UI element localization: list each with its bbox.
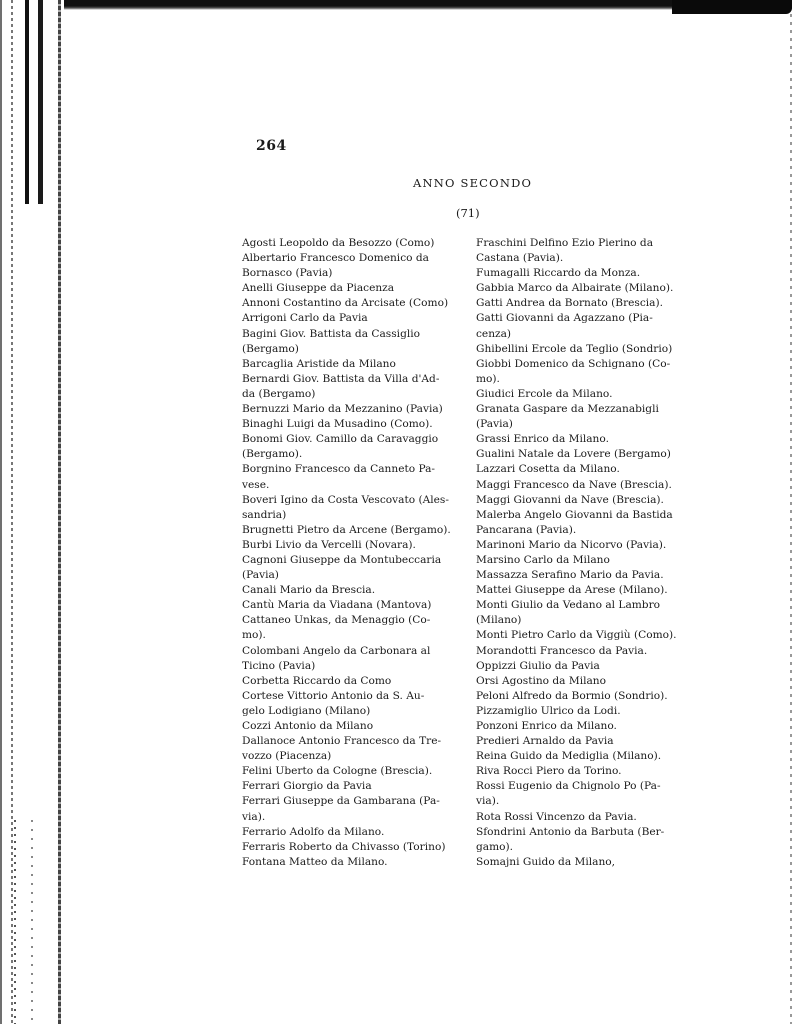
list-entry: Lazzari Cosetta da Milano. bbox=[476, 462, 702, 477]
entry-continuation-line: vozzo (Piacenza) bbox=[266, 749, 468, 764]
entry-name-line: Fumagalli Riccardo da Monza. bbox=[500, 266, 702, 281]
entry-continuation-line: (Pavia) bbox=[500, 417, 702, 432]
entry-name-line: Predieri Arnaldo da Pavia bbox=[500, 734, 702, 749]
list-entry: Morandotti Francesco da Pavia. bbox=[476, 644, 702, 659]
entry-continuation-line: sandria) bbox=[266, 508, 468, 523]
entry-continuation-line: gelo Lodigiano (Milano) bbox=[266, 704, 468, 719]
list-entry: Cortese Vittorio Antonio da S. Au-gelo L… bbox=[242, 689, 468, 719]
entry-name-line: Granata Gaspare da Mezzanabigli bbox=[500, 402, 702, 417]
name-list-right-column: Fraschini Delfino Ezio Pierino daCastana… bbox=[476, 236, 702, 870]
list-entry: Peloni Alfredo da Bormio (Sondrio). bbox=[476, 689, 702, 704]
list-entry: Burbi Livio da Vercelli (Novara). bbox=[242, 538, 468, 553]
entry-name-line: Marsino Carlo da Milano bbox=[500, 553, 702, 568]
entry-name-line: Rossi Eugenio da Chignolo Po (Pa- bbox=[500, 779, 702, 794]
entry-name-line: Cozzi Antonio da Milano bbox=[266, 719, 468, 734]
list-entry: Canali Mario da Brescia. bbox=[242, 583, 468, 598]
spine-line bbox=[11, 0, 13, 1024]
list-entry: Gualini Natale da Lovere (Bergamo) bbox=[476, 447, 702, 462]
entry-name-line: Orsi Agostino da Milano bbox=[500, 674, 702, 689]
entry-name-line: Cagnoni Giuseppe da Montubeccaria bbox=[266, 553, 468, 568]
entry-name-line: Barcaglia Aristide da Milano bbox=[266, 357, 468, 372]
list-entry: Agosti Leopoldo da Besozzo (Como) bbox=[242, 236, 468, 251]
entry-continuation-line: Bornasco (Pavia) bbox=[266, 266, 468, 281]
list-entry: Mattei Giuseppe da Arese (Milano). bbox=[476, 583, 702, 598]
entry-name-line: Reina Guido da Mediglia (Milano). bbox=[500, 749, 702, 764]
entry-name-line: Bernardi Giov. Battista da Villa d'Ad- bbox=[266, 372, 468, 387]
entry-name-line: Riva Rocci Piero da Torino. bbox=[500, 764, 702, 779]
entry-name-line: Ghibellini Ercole da Teglio (Sondrio) bbox=[500, 342, 702, 357]
list-entry: Malerba Angelo Giovanni da BastidaPancar… bbox=[476, 508, 702, 538]
list-entry: Bernuzzi Mario da Mezzanino (Pavia) bbox=[242, 402, 468, 417]
list-entry: Fraschini Delfino Ezio Pierino daCastana… bbox=[476, 236, 702, 266]
entry-name-line: Monti Pietro Carlo da Viggiù (Como). bbox=[500, 628, 702, 643]
list-entry: Orsi Agostino da Milano bbox=[476, 674, 702, 689]
entry-name-line: Ferrari Giuseppe da Gambarana (Pa- bbox=[266, 794, 468, 809]
entry-name-line: Cattaneo Unkas, da Menaggio (Co- bbox=[266, 613, 468, 628]
book-spine-edge bbox=[0, 0, 64, 1024]
entry-continuation-line: (Bergamo). bbox=[266, 447, 468, 462]
entry-name-line: Gatti Andrea da Bornato (Brescia). bbox=[500, 296, 702, 311]
entry-name-line: Giobbi Domenico da Schignano (Co- bbox=[500, 357, 702, 372]
list-entry: Colombani Angelo da Carbonara alTicino (… bbox=[242, 644, 468, 674]
page-edge-line bbox=[58, 0, 61, 1024]
list-entry: Cattaneo Unkas, da Menaggio (Co-mo). bbox=[242, 613, 468, 643]
list-entry: Anelli Giuseppe da Piacenza bbox=[242, 281, 468, 296]
list-entry: Boveri Igino da Costa Vescovato (Ales-sa… bbox=[242, 493, 468, 523]
entry-name-line: Ferrari Giorgio da Pavia bbox=[266, 779, 468, 794]
list-entry: Marsino Carlo da Milano bbox=[476, 553, 702, 568]
entry-name-line: Oppizzi Giulio da Pavia bbox=[500, 659, 702, 674]
entry-name-line: Cortese Vittorio Antonio da S. Au- bbox=[266, 689, 468, 704]
entry-continuation-line: gamo). bbox=[500, 840, 702, 855]
entry-name-line: Ferraris Roberto da Chivasso (Torino) bbox=[266, 840, 468, 855]
list-entry: Monti Giulio da Vedano al Lambro(Milano) bbox=[476, 598, 702, 628]
entry-name-line: Maggi Giovanni da Nave (Brescia). bbox=[500, 493, 702, 508]
entry-continuation-line: Pancarana (Pavia). bbox=[500, 523, 702, 538]
entry-name-line: Sfondrini Antonio da Barbuta (Ber- bbox=[500, 825, 702, 840]
entry-name-line: Mattei Giuseppe da Arese (Milano). bbox=[500, 583, 702, 598]
list-entry: Predieri Arnaldo da Pavia bbox=[476, 734, 702, 749]
entry-continuation-line: (Pavia) bbox=[266, 568, 468, 583]
page-number: 264 bbox=[256, 138, 287, 154]
list-entry: Annoni Costantino da Arcisate (Como) bbox=[242, 296, 468, 311]
list-entry: Barcaglia Aristide da Milano bbox=[242, 357, 468, 372]
entry-name-line: Brugnetti Pietro da Arcene (Bergamo). bbox=[266, 523, 468, 538]
list-entry: Massazza Serafino Mario da Pavia. bbox=[476, 568, 702, 583]
entry-name-line: Peloni Alfredo da Bormio (Sondrio). bbox=[500, 689, 702, 704]
entry-name-line: Bernuzzi Mario da Mezzanino (Pavia) bbox=[266, 402, 468, 417]
list-entry: Maggi Francesco da Nave (Brescia). bbox=[476, 478, 702, 493]
entry-name-line: Binaghi Luigi da Musadino (Como). bbox=[266, 417, 468, 432]
list-entry: Marinoni Mario da Nicorvo (Pavia). bbox=[476, 538, 702, 553]
list-entry: Gabbia Marco da Albairate (Milano). bbox=[476, 281, 702, 296]
list-entry: Bernardi Giov. Battista da Villa d'Ad-da… bbox=[242, 372, 468, 402]
entry-continuation-line: Ticino (Pavia) bbox=[266, 659, 468, 674]
list-entry: Somajni Guido da Milano, bbox=[476, 855, 702, 870]
list-entry: Felini Uberto da Cologne (Brescia). bbox=[242, 764, 468, 779]
entry-name-line: Bonomi Giov. Camillo da Caravaggio bbox=[266, 432, 468, 447]
spine-line bbox=[0, 0, 2, 1024]
entry-name-line: Gatti Giovanni da Agazzano (Pia- bbox=[500, 311, 702, 326]
entry-name-line: Fontana Matteo da Milano. bbox=[266, 855, 468, 870]
entry-name-line: Gabbia Marco da Albairate (Milano). bbox=[500, 281, 702, 296]
list-entry: Rota Rossi Vincenzo da Pavia. bbox=[476, 810, 702, 825]
entry-continuation-line: cenza) bbox=[500, 327, 702, 342]
list-entry: Ferraris Roberto da Chivasso (Torino) bbox=[242, 840, 468, 855]
list-entry: Arrigoni Carlo da Pavia bbox=[242, 311, 468, 326]
entry-name-line: Borgnino Francesco da Canneto Pa- bbox=[266, 462, 468, 477]
running-head: ANNO SECONDO bbox=[413, 176, 532, 190]
entry-name-line: Bagini Giov. Battista da Cassiglio bbox=[266, 327, 468, 342]
list-entry: Ponzoni Enrico da Milano. bbox=[476, 719, 702, 734]
list-entry: Sfondrini Antonio da Barbuta (Ber-gamo). bbox=[476, 825, 702, 855]
list-entry: Giudici Ercole da Milano. bbox=[476, 387, 702, 402]
list-entry: Monti Pietro Carlo da Viggiù (Como). bbox=[476, 628, 702, 643]
list-entry: Cantù Maria da Viadana (Mantova) bbox=[242, 598, 468, 613]
entry-name-line: Colombani Angelo da Carbonara al bbox=[266, 644, 468, 659]
entry-name-line: Felini Uberto da Cologne (Brescia). bbox=[266, 764, 468, 779]
list-entry: Grassi Enrico da Milano. bbox=[476, 432, 702, 447]
entry-name-line: Giudici Ercole da Milano. bbox=[500, 387, 702, 402]
list-entry: Oppizzi Giulio da Pavia bbox=[476, 659, 702, 674]
entry-name-line: Somajni Guido da Milano, bbox=[500, 855, 702, 870]
entry-name-line: Arrigoni Carlo da Pavia bbox=[266, 311, 468, 326]
entry-name-line: Burbi Livio da Vercelli (Novara). bbox=[266, 538, 468, 553]
list-entry: Cagnoni Giuseppe da Montubeccaria(Pavia) bbox=[242, 553, 468, 583]
entry-name-line: Dallanoce Antonio Francesco da Tre- bbox=[266, 734, 468, 749]
list-entry: Maggi Giovanni da Nave (Brescia). bbox=[476, 493, 702, 508]
section-number: (71) bbox=[456, 206, 480, 220]
list-entry: Ferrario Adolfo da Milano. bbox=[242, 825, 468, 840]
entry-continuation-line: Castana (Pavia). bbox=[500, 251, 702, 266]
entry-name-line: Monti Giulio da Vedano al Lambro bbox=[500, 598, 702, 613]
list-entry: Binaghi Luigi da Musadino (Como). bbox=[242, 417, 468, 432]
entry-continuation-line: via). bbox=[266, 810, 468, 825]
list-entry: Brugnetti Pietro da Arcene (Bergamo). bbox=[242, 523, 468, 538]
list-entry: Fontana Matteo da Milano. bbox=[242, 855, 468, 870]
name-list-left-column: Agosti Leopoldo da Besozzo (Como)Alberta… bbox=[242, 236, 468, 870]
list-entry: Cozzi Antonio da Milano bbox=[242, 719, 468, 734]
entry-name-line: Rota Rossi Vincenzo da Pavia. bbox=[500, 810, 702, 825]
list-entry: Ghibellini Ercole da Teglio (Sondrio) bbox=[476, 342, 702, 357]
list-entry: Bonomi Giov. Camillo da Caravaggio(Berga… bbox=[242, 432, 468, 462]
entry-continuation-line: da (Bergamo) bbox=[266, 387, 468, 402]
list-entry: Gatti Giovanni da Agazzano (Pia-cenza) bbox=[476, 311, 702, 341]
spine-line bbox=[31, 820, 33, 1024]
list-entry: Pizzamiglio Ulrico da Lodi. bbox=[476, 704, 702, 719]
entry-continuation-line: vese. bbox=[266, 478, 468, 493]
list-entry: Corbetta Riccardo da Como bbox=[242, 674, 468, 689]
entry-name-line: Agosti Leopoldo da Besozzo (Como) bbox=[266, 236, 468, 251]
entry-name-line: Massazza Serafino Mario da Pavia. bbox=[500, 568, 702, 583]
entry-name-line: Fraschini Delfino Ezio Pierino da bbox=[500, 236, 702, 251]
list-entry: Fumagalli Riccardo da Monza. bbox=[476, 266, 702, 281]
entry-name-line: Cantù Maria da Viadana (Mantova) bbox=[266, 598, 468, 613]
entry-continuation-line: (Milano) bbox=[500, 613, 702, 628]
entry-name-line: Albertario Francesco Domenico da bbox=[266, 251, 468, 266]
entry-name-line: Lazzari Cosetta da Milano. bbox=[500, 462, 702, 477]
entry-name-line: Ferrario Adolfo da Milano. bbox=[266, 825, 468, 840]
spine-line bbox=[14, 820, 16, 1024]
entry-continuation-line: mo). bbox=[500, 372, 702, 387]
entry-name-line: Grassi Enrico da Milano. bbox=[500, 432, 702, 447]
entry-name-line: Corbetta Riccardo da Como bbox=[266, 674, 468, 689]
list-entry: Dallanoce Antonio Francesco da Tre-vozzo… bbox=[242, 734, 468, 764]
list-entry: Borgnino Francesco da Canneto Pa-vese. bbox=[242, 462, 468, 492]
entry-name-line: Boveri Igino da Costa Vescovato (Ales- bbox=[266, 493, 468, 508]
entry-name-line: Canali Mario da Brescia. bbox=[266, 583, 468, 598]
entry-name-line: Ponzoni Enrico da Milano. bbox=[500, 719, 702, 734]
entry-name-line: Annoni Costantino da Arcisate (Como) bbox=[266, 296, 468, 311]
list-entry: Riva Rocci Piero da Torino. bbox=[476, 764, 702, 779]
spine-line bbox=[25, 0, 29, 204]
entry-continuation-line: via). bbox=[500, 794, 702, 809]
entry-name-line: Malerba Angelo Giovanni da Bastida bbox=[500, 508, 702, 523]
scan-corner-shadow bbox=[672, 0, 792, 14]
list-entry: Giobbi Domenico da Schignano (Co-mo). bbox=[476, 357, 702, 387]
list-entry: Granata Gaspare da Mezzanabigli(Pavia) bbox=[476, 402, 702, 432]
entry-name-line: Gualini Natale da Lovere (Bergamo) bbox=[500, 447, 702, 462]
list-entry: Rossi Eugenio da Chignolo Po (Pa-via). bbox=[476, 779, 702, 809]
entry-name-line: Maggi Francesco da Nave (Brescia). bbox=[500, 478, 702, 493]
entry-continuation-line: mo). bbox=[266, 628, 468, 643]
spine-line bbox=[38, 0, 43, 204]
entry-name-line: Anelli Giuseppe da Piacenza bbox=[266, 281, 468, 296]
list-entry: Reina Guido da Mediglia (Milano). bbox=[476, 749, 702, 764]
entry-name-line: Pizzamiglio Ulrico da Lodi. bbox=[500, 704, 702, 719]
entry-name-line: Morandotti Francesco da Pavia. bbox=[500, 644, 702, 659]
list-entry: Ferrari Giuseppe da Gambarana (Pa-via). bbox=[242, 794, 468, 824]
list-entry: Ferrari Giorgio da Pavia bbox=[242, 779, 468, 794]
list-entry: Gatti Andrea da Bornato (Brescia). bbox=[476, 296, 702, 311]
list-entry: Bagini Giov. Battista da Cassiglio(Berga… bbox=[242, 327, 468, 357]
entry-name-line: Marinoni Mario da Nicorvo (Pavia). bbox=[500, 538, 702, 553]
list-entry: Albertario Francesco Domenico daBornasco… bbox=[242, 251, 468, 281]
entry-continuation-line: (Bergamo) bbox=[266, 342, 468, 357]
